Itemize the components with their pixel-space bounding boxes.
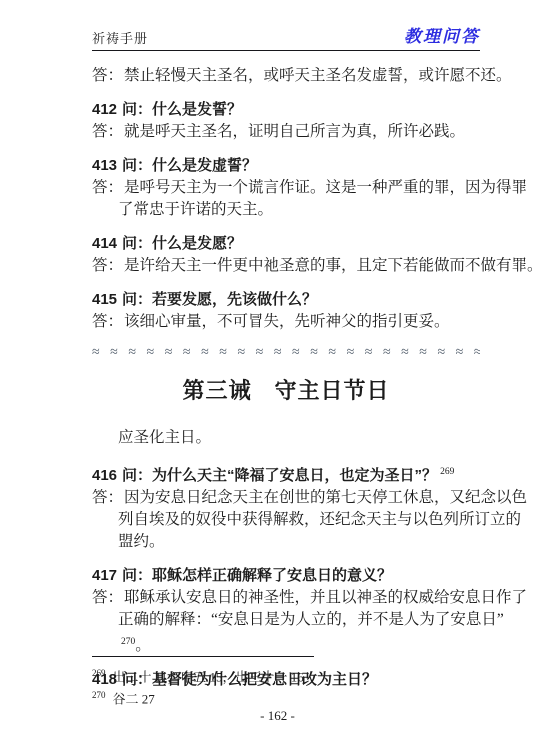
question-label: 问： xyxy=(122,291,152,308)
question-text: 若要发愿，先该做什么？ xyxy=(152,291,317,308)
wavy-separator: ≈ ≈ ≈ ≈ ≈ ≈ ≈ ≈ ≈ ≈ ≈ ≈ ≈ ≈ ≈ ≈ ≈ ≈ ≈ ≈ … xyxy=(92,344,480,362)
qa-answer-tail: 270。 xyxy=(118,631,480,657)
answer-text: 就是呼天主圣名，证明自己所言为真，所许必践。 xyxy=(124,123,465,140)
footnote-text: 出二十 11，申五 15，出三十一 16 xyxy=(113,669,304,684)
answer-411-continued: 答：禁止轻慢天主圣名，或呼天主圣名发虚誓，或许愿不还。 xyxy=(92,65,480,87)
section-intro: 应圣化主日。 xyxy=(118,427,480,449)
section-title: 第三诫 守主日节日 xyxy=(92,377,480,405)
question-label: 问： xyxy=(122,467,152,484)
question-number: 417 xyxy=(92,567,117,584)
question-text: 什么是发愿？ xyxy=(152,235,242,252)
qa-block-416: 416问：为什么天主“降福了安息日，也定为圣日”？269 答：因为安息日纪念天主… xyxy=(92,461,480,553)
footnote-number: 269 xyxy=(92,668,106,678)
qa-block-414: 414问：什么是发愿？ 答：是许给天主一件更中祂圣意的事，且定下若能做而不做有罪… xyxy=(92,233,480,277)
qa-answer-continuation: 正确的解释：“安息日是为人立的，并不是人为了安息日” xyxy=(118,609,480,631)
header-rule xyxy=(92,50,480,51)
qa-answer: 答：就是呼天主圣名，证明自己所言为真，所许必践。 xyxy=(92,121,480,143)
page-header: 祈祷手册 教理问答 xyxy=(92,22,480,47)
question-number: 413 xyxy=(92,157,117,174)
footnote-270: 270谷二 27 xyxy=(92,686,480,708)
question-number: 414 xyxy=(92,235,117,252)
question-label: 问： xyxy=(122,101,152,118)
answer-text: 耶稣承认安息日的神圣性，并且以神圣的权威给安息日作了 xyxy=(124,589,527,606)
footnote-269: 269出二十 11，申五 15，出三十一 16 xyxy=(92,664,480,686)
page-number: - 162 - xyxy=(0,708,555,724)
qa-answer: 答：耶稣承认安息日的神圣性，并且以神圣的权威给安息日作了 xyxy=(92,587,480,609)
answer-text: 该细心审量，不可冒失，先听神父的指引更妥。 xyxy=(124,313,450,330)
qa-answer-continuation: 盟约。 xyxy=(118,531,480,553)
qa-answer: 答：因为安息日纪念天主在创世的第七天停工休息，又纪念以色 xyxy=(92,487,480,509)
answer-label: 答： xyxy=(92,67,123,84)
answer-label: 答： xyxy=(92,179,123,196)
answer-text: 因为安息日纪念天主在创世的第七天停工休息，又纪念以色 xyxy=(124,489,527,506)
qa-answer-continuation: 了常忠于许诺的天主。 xyxy=(118,199,480,221)
qa-block-417: 417问：耶稣怎样正确解释了安息日的意义？ 答：耶稣承认安息日的神圣性，并且以神… xyxy=(92,565,480,657)
qa-answer-continuation: 列自埃及的奴役中获得解救，还纪念天主与以色列所订立的 xyxy=(118,509,480,531)
qa-block-412: 412问：什么是发誓？ 答：就是呼天主圣名，证明自己所言为真，所许必践。 xyxy=(92,99,480,143)
answer-text: 是呼号天主为一个谎言作证。这是一种严重的罪，因为得罪 xyxy=(124,179,527,196)
question-text: 什么是发誓？ xyxy=(152,101,242,118)
answer-text: 禁止轻慢天主圣名，或呼天主圣名发虚誓，或许愿不还。 xyxy=(124,67,512,84)
question-label: 问： xyxy=(122,157,152,174)
header-section-title: 教理问答 xyxy=(404,22,480,47)
qa-answer: 答：该细心审量，不可冒失，先听神父的指引更妥。 xyxy=(92,311,480,333)
question-number: 415 xyxy=(92,291,117,308)
footnote-area: 269出二十 11，申五 15，出三十一 16 270谷二 27 xyxy=(92,656,480,709)
answer-label: 答： xyxy=(92,257,123,274)
answer-label: 答： xyxy=(92,123,123,140)
question-text: 为什么天主“降福了安息日，也定为圣日”？ xyxy=(152,467,437,484)
qa-question: 415问：若要发愿，先该做什么？ xyxy=(92,289,480,311)
qa-question: 417问：耶稣怎样正确解释了安息日的意义？ xyxy=(92,565,480,587)
qa-answer: 答：是许给天主一件更中祂圣意的事，且定下若能做而不做有罪。 xyxy=(92,255,480,277)
qa-answer: 答：是呼号天主为一个谎言作证。这是一种严重的罪，因为得罪 xyxy=(92,177,480,199)
qa-question: 412问：什么是发誓？ xyxy=(92,99,480,121)
question-label: 问： xyxy=(122,567,152,584)
answer-label: 答： xyxy=(92,589,123,606)
qa-block-415: 415问：若要发愿，先该做什么？ 答：该细心审量，不可冒失，先听神父的指引更妥。 xyxy=(92,289,480,333)
question-text: 什么是发虚誓？ xyxy=(152,157,257,174)
footnote-rule xyxy=(92,656,314,657)
qa-question: 414问：什么是发愿？ xyxy=(92,233,480,255)
answer-text: 是许给天主一件更中祂圣意的事，且定下若能做而不做有罪。 xyxy=(124,257,543,274)
footnote-text: 谷二 27 xyxy=(113,692,155,707)
question-number: 416 xyxy=(92,467,117,484)
qa-question: 416问：为什么天主“降福了安息日，也定为圣日”？269 xyxy=(92,461,480,487)
qa-block-413: 413问：什么是发虚誓？ 答：是呼号天主为一个谎言作证。这是一种严重的罪，因为得… xyxy=(92,155,480,221)
question-number: 412 xyxy=(92,101,117,118)
answer-label: 答： xyxy=(92,313,123,330)
qa-question: 413问：什么是发虚誓？ xyxy=(92,155,480,177)
question-label: 问： xyxy=(122,235,152,252)
question-text: 耶稣怎样正确解释了安息日的意义？ xyxy=(152,567,392,584)
footnote-ref-269: 269 xyxy=(440,467,454,477)
answer-tail-text: 。 xyxy=(135,637,151,654)
header-book-title: 祈祷手册 xyxy=(92,28,148,47)
answer-label: 答： xyxy=(92,489,123,506)
footnote-ref-270: 270 xyxy=(121,637,135,647)
document-page: 祈祷手册 教理问答 答：禁止轻慢天主圣名，或呼天主圣名发虚誓，或许愿不还。 41… xyxy=(0,0,555,737)
footnote-number: 270 xyxy=(92,690,106,700)
